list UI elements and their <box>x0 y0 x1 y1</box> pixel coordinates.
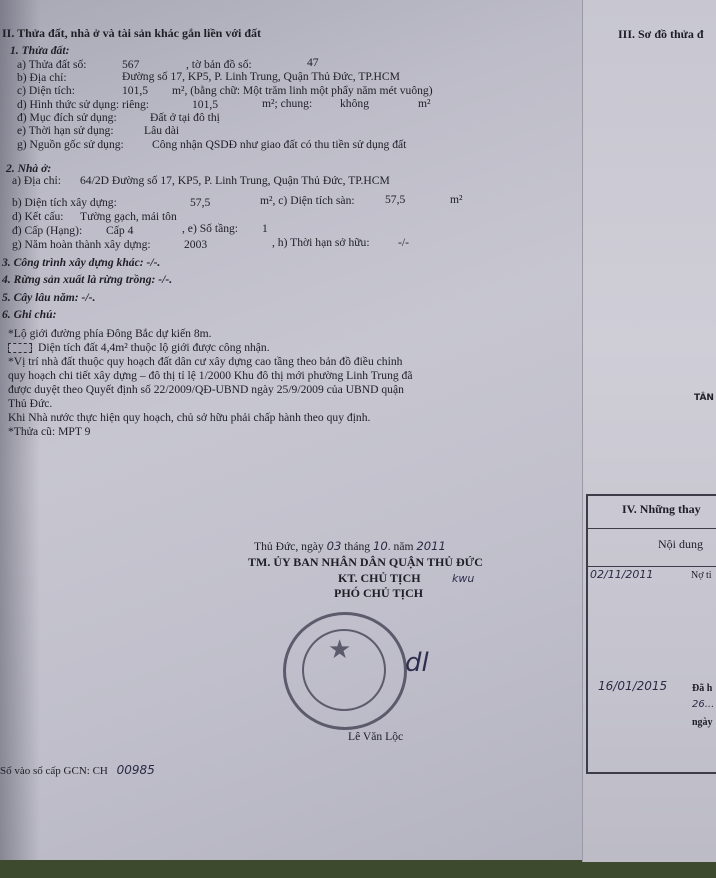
house-floor-area: 57,5 <box>385 193 405 206</box>
land-origin: Công nhận QSDĐ như giao đất có thu tiền … <box>152 138 406 151</box>
house-structure: Tường gạch, mái tôn <box>80 210 177 223</box>
note-line: được duyệt theo Quyết định số 22/2009/QĐ… <box>8 383 404 396</box>
note-line: *Lộ giới đường phía Đông Bắc dự kiến 8m. <box>8 327 212 340</box>
signer-name: Lê Văn Lộc <box>348 730 403 743</box>
land-purpose: Đất ở tại đô thị <box>150 111 220 124</box>
change-entry-date: 02/11/2011 <box>590 568 653 581</box>
land-term: Lâu dài <box>144 124 179 137</box>
land-e-label: e) Thời hạn sử dụng: <box>17 124 114 137</box>
change-entry-date: 16/01/2015 <box>598 680 667 693</box>
note-text: Diện tích đất 4,4m² thuộc lộ giới được c… <box>38 341 270 354</box>
change-entry-extra: 26... <box>692 698 714 711</box>
land-area-words: m², (bằng chữ: Một trăm linh một phẩy nă… <box>172 84 433 97</box>
legend-hatched-box <box>8 343 32 353</box>
other-construction: 3. Công trình xây dựng khác: -/-. <box>2 256 160 269</box>
change-entry-extra: ngày <box>692 716 713 729</box>
land-a-label: a) Thửa đất số: <box>17 58 87 71</box>
signer-role-2: PHÓ CHỦ TỊCH <box>334 587 423 600</box>
house-ownership-term: -/- <box>398 236 409 249</box>
house-b-label: b) Diện tích xây dựng: <box>12 196 117 209</box>
change-entry-text: Nợ ti <box>691 569 712 582</box>
date-year: 2011 <box>416 539 446 553</box>
land-dd-label: đ) Mục đích sử dụng: <box>17 111 117 124</box>
registry-label: Số vào sổ cấp GCN: CH <box>0 765 108 777</box>
date-month: 10 <box>373 539 388 553</box>
section-iii-title: III. Sơ đồ thửa đ <box>618 28 704 41</box>
change-entry-text: Đã h <box>692 682 712 695</box>
house-floors: 1 <box>262 222 268 235</box>
map-sheet-number: 47 <box>307 56 319 69</box>
registry-value: 00985 <box>117 763 155 777</box>
house-build-area: 57,5 <box>190 196 210 209</box>
handwritten-signature: dl <box>405 648 429 678</box>
sign-date: Thủ Đức, ngày 03 tháng 10. năm 2011 <box>254 540 446 553</box>
land-area: 101,5 <box>122 84 148 97</box>
house-a-label: a) Địa chỉ: <box>12 174 61 187</box>
note-line-legend: Diện tích đất 4,4m² thuộc lộ giới được c… <box>8 341 270 354</box>
land-common-label: m²; chung: <box>262 97 312 110</box>
house-address: 64/2D Đường số 17, KP5, P. Linh Trung, Q… <box>80 174 390 187</box>
house-grade: Cấp 4 <box>106 224 133 237</box>
house-d-label: d) Kết cấu: <box>12 210 64 223</box>
house-dd-label: đ) Cấp (Hạng): <box>12 224 82 237</box>
land-b-label: b) Địa chỉ: <box>17 71 67 84</box>
signer-role-1: KT. CHỦ TỊCH <box>338 572 421 585</box>
year-label: năm <box>394 540 414 553</box>
map-label: TÂN <box>694 392 714 405</box>
note-line: Khi Nhà nước thực hiện quy hoạch, chủ sở… <box>8 411 370 424</box>
land-common-value: không <box>340 97 369 110</box>
house-g-label: g) Năm hoàn thành xây dựng: <box>12 238 151 251</box>
land-address: Đường số 17, KP5, P. Linh Trung, Quận Th… <box>122 70 400 83</box>
date-day: 03 <box>327 539 342 553</box>
note-line: quy hoạch chi tiết xây dựng – đô thị tỉ … <box>8 369 413 382</box>
land-heading: 1. Thửa đất: <box>10 44 69 57</box>
section-iv-title: IV. Những thay <box>622 503 701 516</box>
issuing-authority: TM. ỦY BAN NHÂN DÂN QUẬN THỦ ĐỨC <box>248 556 483 569</box>
changes-column-header: Nội dung <box>658 538 703 551</box>
production-forest: 4. Rừng sản xuất là rừng trồng: -/-. <box>2 273 172 286</box>
perennial-trees: 5. Cây lâu năm: -/-. <box>2 291 95 304</box>
star-emblem-icon: ★ <box>328 635 351 665</box>
note-line: *Thửa cũ: MPT 9 <box>8 425 90 438</box>
registry-number: Số vào sổ cấp GCN: CH 00985 <box>0 764 155 778</box>
land-c-label: c) Diện tích: <box>17 84 75 97</box>
note-line: *Vị trí nhà đất thuộc quy hoạch đất dân … <box>8 355 402 368</box>
initials-signature: kwu <box>452 572 474 585</box>
month-label: tháng <box>344 540 370 553</box>
notes-heading: 6. Ghi chú: <box>2 308 56 321</box>
land-common-unit: m² <box>418 97 431 110</box>
changes-table <box>586 494 716 774</box>
house-completion-year: 2003 <box>184 238 207 251</box>
land-g-label: g) Nguồn gốc sử dụng: <box>17 138 124 151</box>
land-private-area: 101,5 <box>192 98 218 111</box>
house-c-label: m², c) Diện tích sàn: <box>260 194 355 207</box>
note-line: Thủ Đức. <box>8 397 52 410</box>
section-ii-title: II. Thửa đất, nhà ở và tài sản khác gắn … <box>2 27 261 40</box>
house-floor-unit: m² <box>450 193 463 206</box>
land-d-label: d) Hình thức sử dụng: riêng: <box>17 98 149 111</box>
house-ownership-term-label: , h) Thời hạn sở hữu: <box>272 236 370 249</box>
house-floors-label: , e) Số tầng: <box>182 222 238 235</box>
date-prefix: Thủ Đức, ngày <box>254 540 324 553</box>
official-seal: ỦY BAN NHÂN DÂN QUẬN THỦ ĐỨC TP.HỒ CHÍ M… <box>283 612 407 730</box>
